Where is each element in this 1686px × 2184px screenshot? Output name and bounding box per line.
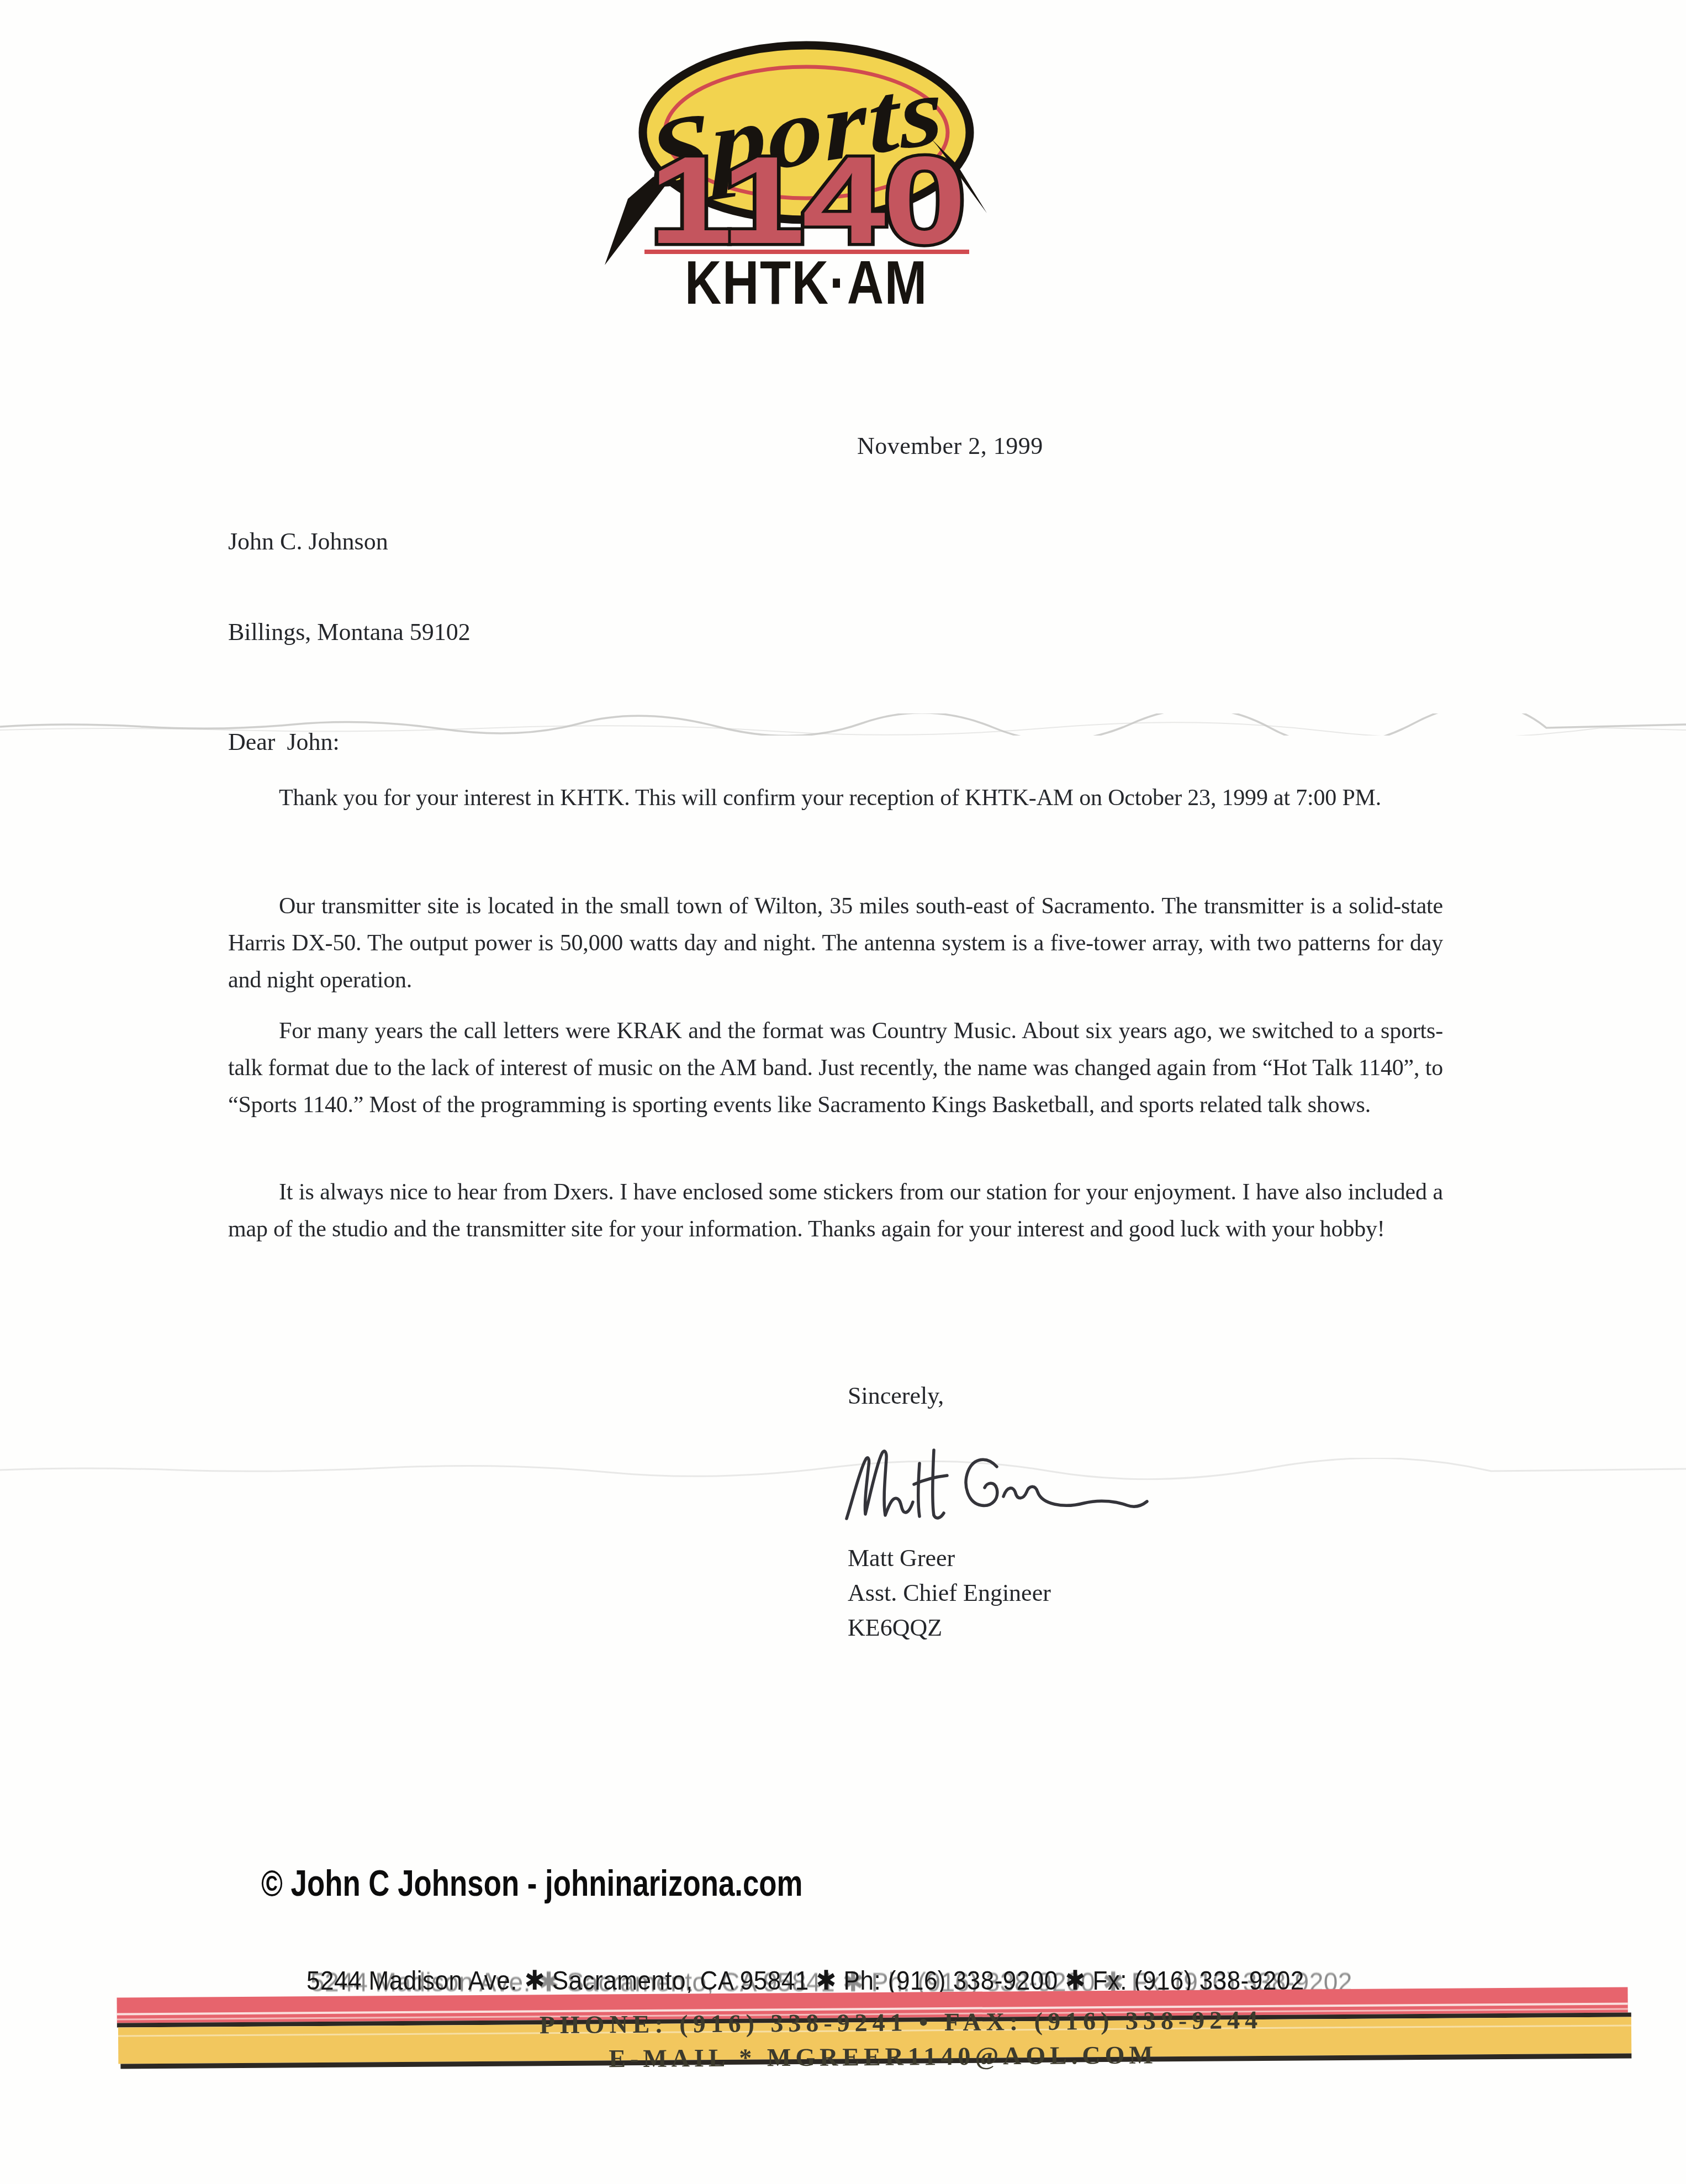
recipient-name: John C. Johnson xyxy=(228,523,471,560)
copyright-watermark: © John C Johnson - johninarizona.com xyxy=(261,1862,803,1904)
recipient-block: John C. Johnson Billings, Montana 59102 xyxy=(228,523,471,651)
paragraph-2: Our transmitter site is located in the s… xyxy=(228,888,1443,999)
signer-title: Asst. Chief Engineer xyxy=(848,1575,1051,1610)
paragraph-1: Thank you for your interest in KHTK. Thi… xyxy=(228,780,1443,817)
signature-scrawl xyxy=(831,1431,1174,1547)
logo-callsign: KHTK·AM xyxy=(685,247,928,317)
footer-phone-line: PHONE: (916) 338-9241 • FAX: (916) 338-9… xyxy=(540,2005,1263,2039)
paragraph-3: For many years the call letters were KRA… xyxy=(228,1013,1443,1124)
station-logo: Sports 1140 KHTK·AM xyxy=(599,38,1013,319)
signer-callsign: KE6QQZ xyxy=(848,1610,1051,1645)
salutation: Dear John: xyxy=(228,728,340,756)
signer-name: Matt Greer xyxy=(848,1541,1051,1575)
scanned-letter-page: Sports 1140 KHTK·AM November 2, 1999 Joh… xyxy=(0,0,1686,2184)
closing: Sincerely, xyxy=(848,1382,944,1410)
paragraph-4: It is always nice to hear from Dxers. I … xyxy=(228,1174,1443,1248)
date-line: November 2, 1999 xyxy=(857,432,1043,460)
footer-email-line: E-MAIL * MGREER1140@AOL.COM xyxy=(609,2040,1158,2073)
signature-block: Matt Greer Asst. Chief Engineer KE6QQZ xyxy=(848,1541,1051,1645)
recipient-city: Billings, Montana 59102 xyxy=(228,614,471,651)
letterhead-footer-bars: PHONE: (916) 338-9241 • FAX: (916) 338-9… xyxy=(117,1984,1631,2082)
